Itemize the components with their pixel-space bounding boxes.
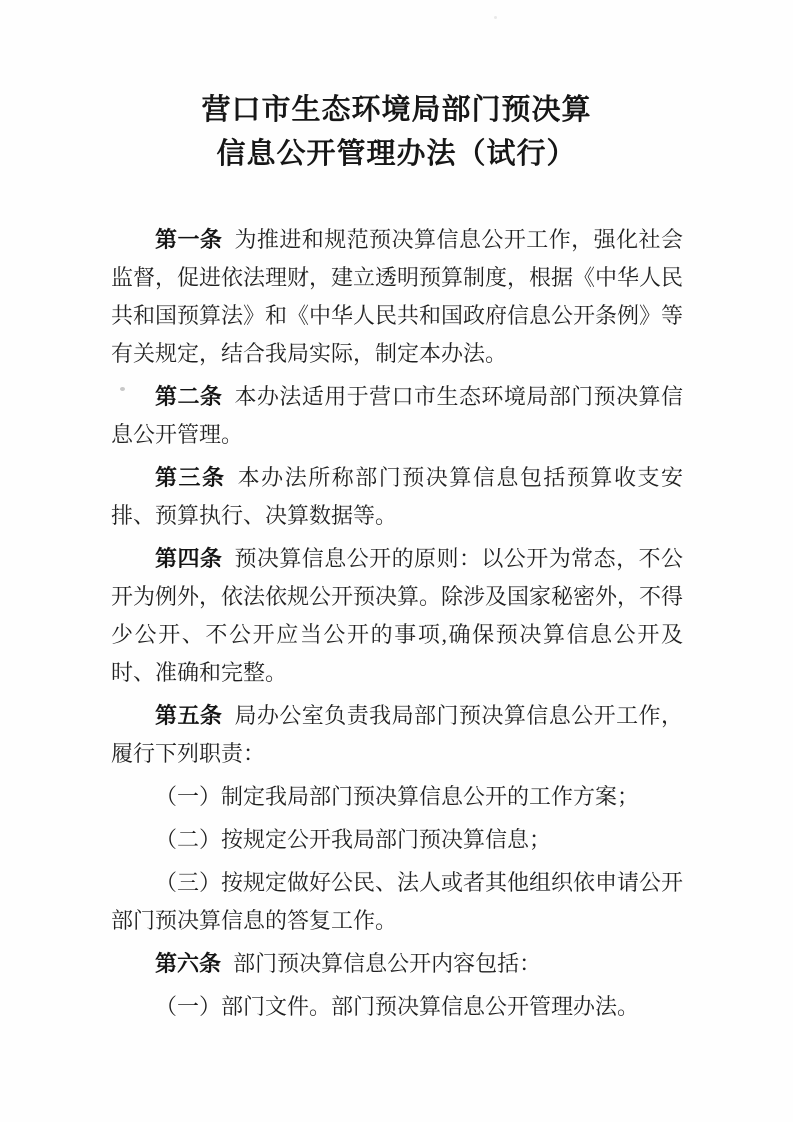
- document-paragraph: 第三条本办法所称部门预决算信息包括预算收支安排、预算执行、决算数据等。: [111, 459, 683, 535]
- document-paragraph: 第一条为推进和规范预决算信息公开工作，强化社会监督，促进依法理财，建立透明预算制…: [111, 221, 683, 373]
- document-title-line-1: 营口市生态环境局部门预决算: [0, 88, 793, 132]
- document-title: 营口市生态环境局部门预决算 信息公开管理办法（试行）: [0, 88, 793, 176]
- scan-speck: [120, 387, 125, 391]
- clause-text: （三）按规定做好公民、法人或者其他组织依申请公开部门预决算信息的答复工作。: [111, 870, 683, 933]
- document-paragraph: 第四条预决算信息公开的原则：以公开为常态，不公开为例外，依法依规公开预决算。除涉…: [111, 540, 683, 692]
- clause-text: （一）部门文件。部门预决算信息公开管理办法。: [155, 994, 639, 1019]
- clause-text: （一）制定我局部门预决算信息公开的工作方案；: [155, 784, 639, 809]
- clause-number: 第六条: [155, 951, 221, 976]
- clause-text: 部门预决算信息公开内容包括：: [233, 951, 541, 976]
- document-paragraph: （一）部门文件。部门预决算信息公开管理办法。: [111, 988, 683, 1026]
- scan-speck: [494, 16, 497, 19]
- clause-number: 第一条: [155, 227, 222, 252]
- clause-text: （二）按规定公开我局部门预决算信息；: [155, 827, 551, 852]
- scanned-document-page: 营口市生态环境局部门预决算 信息公开管理办法（试行） 第一条为推进和规范预决算信…: [0, 0, 793, 1122]
- document-paragraph: （三）按规定做好公民、法人或者其他组织依申请公开部门预决算信息的答复工作。: [111, 864, 683, 940]
- document-paragraph: （一）制定我局部门预决算信息公开的工作方案；: [111, 778, 683, 816]
- clause-number: 第二条: [155, 384, 222, 409]
- document-paragraph: 第五条局办公室负责我局部门预决算信息公开工作，履行下列职责：: [111, 697, 683, 773]
- document-paragraph: 第六条部门预决算信息公开内容包括：: [111, 945, 683, 983]
- clause-number: 第三条: [155, 465, 226, 490]
- clause-number: 第五条: [155, 703, 222, 728]
- clause-number: 第四条: [155, 546, 222, 571]
- document-title-line-2: 信息公开管理办法（试行）: [0, 132, 793, 176]
- document-body: 第一条为推进和规范预决算信息公开工作，强化社会监督，促进依法理财，建立透明预算制…: [111, 221, 683, 1026]
- document-paragraph: 第二条本办法适用于营口市生态环境局部门预决算信息公开管理。: [111, 378, 683, 454]
- document-paragraph: （二）按规定公开我局部门预决算信息；: [111, 821, 683, 859]
